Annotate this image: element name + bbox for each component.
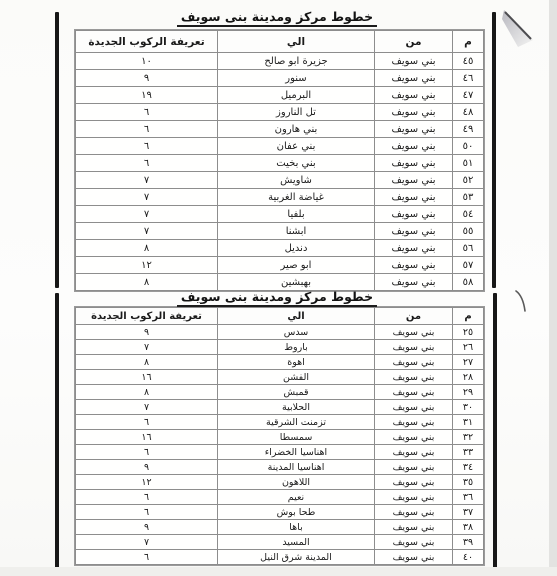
- cell-fare: ٧: [76, 223, 218, 240]
- cell-num: ٤٥: [453, 53, 484, 70]
- cell-from: بني سويف: [375, 550, 453, 565]
- cell-num: ٥٢: [453, 172, 484, 189]
- cell-from: بني سويف: [375, 400, 453, 415]
- cell-num: ٣٧: [453, 505, 484, 520]
- cell-from: بني سويف: [375, 445, 453, 460]
- cell-to: بني عفان: [218, 138, 375, 155]
- cell-to: دنديل: [218, 240, 375, 257]
- fare-table-1: ممناليتعريفة الركوب الجديدة٤٥بني سويفجزي…: [75, 30, 484, 291]
- cell-fare: ٦: [76, 490, 218, 505]
- cell-num: ٤٦: [453, 70, 484, 87]
- cell-to: غياضة الغربية: [218, 189, 375, 206]
- cell-from: بني سويف: [375, 340, 453, 355]
- cell-to: تزمنت الشرقية: [218, 415, 375, 430]
- cell-fare: ٨: [76, 355, 218, 370]
- cell-fare: ١٦: [76, 430, 218, 445]
- cell-from: بني سويف: [375, 430, 453, 445]
- cell-to: اهناسيا المدينة: [218, 460, 375, 475]
- cell-num: ٥٨: [453, 274, 484, 291]
- cell-from: بني سويف: [375, 206, 453, 223]
- cell-to: اهناسيا الخضراء: [218, 445, 375, 460]
- cell-to: تل الناروز: [218, 104, 375, 121]
- table-row: ٣٢بني سويفسمسطا١٦: [76, 430, 484, 445]
- cell-fare: ٧: [76, 206, 218, 223]
- cell-fare: ٦: [76, 550, 218, 565]
- cell-num: ٣١: [453, 415, 484, 430]
- cell-to: نعيم: [218, 490, 375, 505]
- cell-fare: ٧: [76, 172, 218, 189]
- cell-from: بني سويف: [375, 189, 453, 206]
- cell-num: ٢٥: [453, 325, 484, 340]
- photo-edge-right: [549, 0, 557, 576]
- header-row: ممناليتعريفة الركوب الجديدة: [76, 31, 484, 53]
- cell-num: ٥٠: [453, 138, 484, 155]
- table-row: ٢٥بني سويفسدس٩: [76, 325, 484, 340]
- cell-fare: ٦: [76, 505, 218, 520]
- table-row: ٥٠بني سويفبني عفان٦: [76, 138, 484, 155]
- cell-num: ٢٩: [453, 385, 484, 400]
- table-row: ٤٦بني سويفسنور٩: [76, 70, 484, 87]
- table-2-title: خطوط مركز ومدينة بنى سويف: [75, 289, 479, 304]
- cell-to: طحا بوش: [218, 505, 375, 520]
- table-row: ٢٨بني سويفالفشن١٦: [76, 370, 484, 385]
- table-1-title: خطوط مركز ومدينة بنى سويف: [75, 9, 479, 24]
- column-header-to: الي: [218, 31, 375, 53]
- cell-to: قمبش: [218, 385, 375, 400]
- table-row: ٤٥بني سويفجزيرة ابو صالح١٠: [76, 53, 484, 70]
- cell-to: ابشنا: [218, 223, 375, 240]
- cell-to: بني هارون: [218, 121, 375, 138]
- cell-num: ٣٩: [453, 535, 484, 550]
- column-header-from: من: [375, 308, 453, 325]
- table-row: ٣٦بني سويفنعيم٦: [76, 490, 484, 505]
- cell-to: اهوة: [218, 355, 375, 370]
- cell-from: بني سويف: [375, 138, 453, 155]
- cell-num: ٤٨: [453, 104, 484, 121]
- cell-num: ٣٤: [453, 460, 484, 475]
- scan-border-right-1: [492, 12, 496, 288]
- table-row: ٣٤بني سويفاهناسيا المدينة٩: [76, 460, 484, 475]
- cell-num: ٢٨: [453, 370, 484, 385]
- cell-num: ٣٦: [453, 490, 484, 505]
- cell-fare: ١٠: [76, 53, 218, 70]
- table-row: ٤٨بني سويفتل الناروز٦: [76, 104, 484, 121]
- column-header-num: م: [453, 31, 484, 53]
- column-header-from: من: [375, 31, 453, 53]
- cell-fare: ٦: [76, 121, 218, 138]
- cell-num: ٤٩: [453, 121, 484, 138]
- cell-from: بني سويف: [375, 274, 453, 291]
- table-row: ٥٣بني سويفغياضة الغربية٧: [76, 189, 484, 206]
- cell-to: المسيد: [218, 535, 375, 550]
- table-row: ٤٠بني سويفالمدينة شرق النيل٦: [76, 550, 484, 565]
- cell-num: ٣٢: [453, 430, 484, 445]
- cell-to: باروط: [218, 340, 375, 355]
- cell-to: المدينة شرق النيل: [218, 550, 375, 565]
- cell-from: بني سويف: [375, 355, 453, 370]
- cell-from: بني سويف: [375, 505, 453, 520]
- table-row: ٣٨بني سويفباها٩: [76, 520, 484, 535]
- cell-to: باها: [218, 520, 375, 535]
- cell-num: ٤٠: [453, 550, 484, 565]
- cell-to: ابو صير: [218, 257, 375, 274]
- table-row: ٥٢بني سويفشاويش٧: [76, 172, 484, 189]
- cell-from: بني سويف: [375, 257, 453, 274]
- cell-from: بني سويف: [375, 475, 453, 490]
- cell-fare: ٦: [76, 138, 218, 155]
- cell-from: بني سويف: [375, 104, 453, 121]
- cell-fare: ٨: [76, 385, 218, 400]
- cell-fare: ٩: [76, 70, 218, 87]
- column-header-num: م: [453, 308, 484, 325]
- cell-to: البرميل: [218, 87, 375, 104]
- table-2-title-text: خطوط مركز ومدينة بنى سويف: [177, 289, 377, 307]
- cell-num: ٣٣: [453, 445, 484, 460]
- cell-fare: ٨: [76, 240, 218, 257]
- cell-from: بني سويف: [375, 172, 453, 189]
- cell-num: ٢٦: [453, 340, 484, 355]
- header-row: ممناليتعريفة الركوب الجديدة: [76, 308, 484, 325]
- table-row: ٣٧بني سويفطحا بوش٦: [76, 505, 484, 520]
- cell-from: بني سويف: [375, 490, 453, 505]
- table-row: ٣١بني سويفتزمنت الشرقية٦: [76, 415, 484, 430]
- scanned-fare-document: خطوط مركز ومدينة بنى سويف ممناليتعريفة ا…: [0, 0, 557, 576]
- cell-from: بني سويف: [375, 53, 453, 70]
- scan-border-left-1: [55, 12, 59, 288]
- table-row: ٢٦بني سويفباروط٧: [76, 340, 484, 355]
- cell-to: اللاهون: [218, 475, 375, 490]
- cell-fare: ٧: [76, 189, 218, 206]
- column-header-fare: تعريفة الركوب الجديدة: [76, 308, 218, 325]
- table-row: ٣٥بني سويفاللاهون١٢: [76, 475, 484, 490]
- table-row: ٢٩بني سويفقمبش٨: [76, 385, 484, 400]
- table-row: ٣٠بني سويفالحلابية٧: [76, 400, 484, 415]
- cell-fare: ٩: [76, 325, 218, 340]
- cell-num: ٣٠: [453, 400, 484, 415]
- cell-to: بهبشين: [218, 274, 375, 291]
- table-row: ٢٧بني سويفاهوة٨: [76, 355, 484, 370]
- cell-num: ٥١: [453, 155, 484, 172]
- cell-to: شاويش: [218, 172, 375, 189]
- cell-fare: ٦: [76, 415, 218, 430]
- cell-from: بني سويف: [375, 87, 453, 104]
- table-row: ٤٧بني سويفالبرميل١٩: [76, 87, 484, 104]
- cell-fare: ١٢: [76, 257, 218, 274]
- table-row: ٥٤بني سويفبلفيا٧: [76, 206, 484, 223]
- cell-to: الحلابية: [218, 400, 375, 415]
- cell-fare: ٩: [76, 520, 218, 535]
- column-header-to: الي: [218, 308, 375, 325]
- cell-num: ٤٧: [453, 87, 484, 104]
- pen-mark-icon: [512, 288, 534, 316]
- cell-to: الفشن: [218, 370, 375, 385]
- cell-fare: ٦: [76, 155, 218, 172]
- cell-to: بلفيا: [218, 206, 375, 223]
- cell-num: ٥٥: [453, 223, 484, 240]
- table-row: ٥٦بني سويفدنديل٨: [76, 240, 484, 257]
- cell-fare: ٩: [76, 460, 218, 475]
- cell-fare: ٧: [76, 535, 218, 550]
- cell-num: ٣٥: [453, 475, 484, 490]
- cell-to: بني بخيت: [218, 155, 375, 172]
- fare-table-2: ممناليتعريفة الركوب الجديدة٢٥بني سويفسدس…: [75, 307, 484, 565]
- cell-fare: ٦: [76, 104, 218, 121]
- cell-fare: ٦: [76, 445, 218, 460]
- cell-to: سدس: [218, 325, 375, 340]
- cell-num: ٢٧: [453, 355, 484, 370]
- cell-fare: ١٦: [76, 370, 218, 385]
- cell-to: سمسطا: [218, 430, 375, 445]
- photo-edge-bottom: [0, 567, 557, 576]
- cell-from: بني سويف: [375, 415, 453, 430]
- table-1-title-text: خطوط مركز ومدينة بنى سويف: [177, 9, 377, 27]
- cell-fare: ٧: [76, 400, 218, 415]
- cell-fare: ١٩: [76, 87, 218, 104]
- cell-num: ٥٣: [453, 189, 484, 206]
- cell-from: بني سويف: [375, 155, 453, 172]
- cell-num: ٥٤: [453, 206, 484, 223]
- table-row: ٣٩بني سويفالمسيد٧: [76, 535, 484, 550]
- column-header-fare: تعريفة الركوب الجديدة: [76, 31, 218, 53]
- cell-fare: ٨: [76, 274, 218, 291]
- table-row: ٥٨بني سويفبهبشين٨: [76, 274, 484, 291]
- cell-from: بني سويف: [375, 535, 453, 550]
- table-row: ٤٩بني سويفبني هارون٦: [76, 121, 484, 138]
- cell-to: جزيرة ابو صالح: [218, 53, 375, 70]
- cell-from: بني سويف: [375, 121, 453, 138]
- table-row: ٣٣بني سويفاهناسيا الخضراء٦: [76, 445, 484, 460]
- cell-from: بني سويف: [375, 385, 453, 400]
- scan-border-right-2: [493, 293, 497, 569]
- cell-num: ٣٨: [453, 520, 484, 535]
- cell-fare: ١٢: [76, 475, 218, 490]
- cell-from: بني سويف: [375, 70, 453, 87]
- cell-from: بني سويف: [375, 520, 453, 535]
- table-row: ٥٧بني سويفابو صير١٢: [76, 257, 484, 274]
- scan-border-left-2: [55, 293, 59, 569]
- cell-from: بني سويف: [375, 460, 453, 475]
- cell-from: بني سويف: [375, 370, 453, 385]
- cell-from: بني سويف: [375, 240, 453, 257]
- cell-from: بني سويف: [375, 223, 453, 240]
- page-fold-corner-icon: [497, 7, 539, 53]
- cell-to: سنور: [218, 70, 375, 87]
- cell-num: ٥٧: [453, 257, 484, 274]
- cell-from: بني سويف: [375, 325, 453, 340]
- cell-fare: ٧: [76, 340, 218, 355]
- table-row: ٥٥بني سويفابشنا٧: [76, 223, 484, 240]
- cell-num: ٥٦: [453, 240, 484, 257]
- table-row: ٥١بني سويفبني بخيت٦: [76, 155, 484, 172]
